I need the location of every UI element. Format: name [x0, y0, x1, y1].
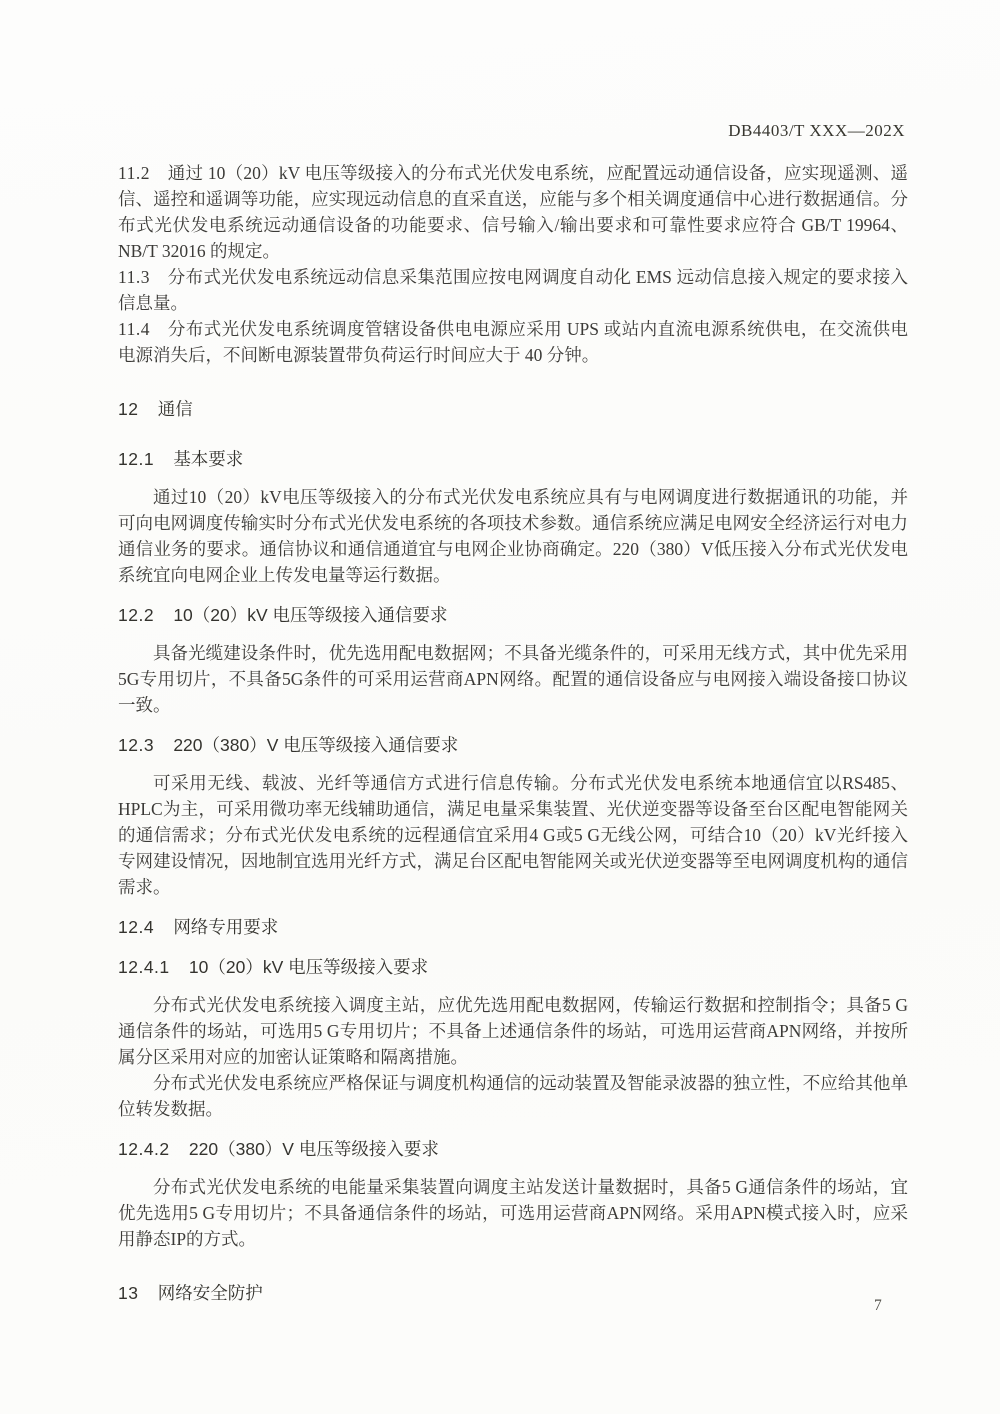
body-paragraph: 分布式光伏发电系统应严格保证与调度机构通信的远动装置及智能录波器的独立性，不应给…: [118, 1070, 908, 1122]
clause-number: 12.2: [118, 605, 154, 625]
section-heading: 12.4网络专用要求: [118, 914, 908, 940]
clause-paragraph: 11.3分布式光伏发电系统远动信息采集范围应按电网调度自动化 EMS 远动信息接…: [118, 264, 908, 316]
section-heading: 12.210（20）kV 电压等级接入通信要求: [118, 602, 908, 628]
section-heading: 12.4.110（20）kV 电压等级接入要求: [118, 954, 908, 980]
clause-number: 12.4.2: [118, 1139, 170, 1159]
paragraph-text: 分布式光伏发电系统的电能量采集装置向调度主站发送计量数据时，具备5 G通信条件的…: [118, 1177, 908, 1249]
section-heading: 12.1基本要求: [118, 446, 908, 472]
section-title: 网络专用要求: [173, 917, 278, 937]
clause-number: 11.4: [118, 319, 150, 339]
section-heading: 13网络安全防护: [118, 1280, 908, 1306]
paragraph-text: 分布式光伏发电系统接入调度主站，应优先选用配电数据网，传输运行数据和控制指令；具…: [118, 995, 908, 1067]
document-page: DB4403/T XXX—202X 11.2通过 10（20）kV 电压等级接入…: [0, 0, 1000, 1414]
paragraph-text: 通过 10（20）kV 电压等级接入的分布式光伏发电系统，应配置远动通信设备，应…: [118, 163, 908, 261]
clause-number: 12.1: [118, 449, 154, 469]
section-title: 网络安全防护: [158, 1283, 263, 1303]
section-heading: 12.4.2220（380）V 电压等级接入要求: [118, 1136, 908, 1162]
clause-paragraph: 11.4分布式光伏发电系统调度管辖设备供电电源应采用 UPS 或站内直流电源系统…: [118, 316, 908, 368]
paragraph-text: 分布式光伏发电系统应严格保证与调度机构通信的远动装置及智能录波器的独立性，不应给…: [118, 1073, 908, 1119]
section-heading: 12通信: [118, 396, 908, 422]
page-number: 7: [874, 1293, 882, 1319]
body-paragraph: 分布式光伏发电系统的电能量采集装置向调度主站发送计量数据时，具备5 G通信条件的…: [118, 1174, 908, 1252]
paragraph-text: 分布式光伏发电系统调度管辖设备供电电源应采用 UPS 或站内直流电源系统供电，在…: [118, 319, 908, 365]
section-title: 220（380）V 电压等级接入通信要求: [173, 735, 458, 755]
clause-number: 12.4.1: [118, 957, 170, 977]
paragraph-text: 通过10（20）kV电压等级接入的分布式光伏发电系统应具有与电网调度进行数据通讯…: [118, 487, 908, 585]
paragraph-text: 分布式光伏发电系统远动信息采集范围应按电网调度自动化 EMS 远动信息接入规定的…: [118, 267, 908, 313]
body-paragraph: 可采用无线、载波、光纤等通信方式进行信息传输。分布式光伏发电系统本地通信宜以RS…: [118, 770, 908, 900]
section-title: 基本要求: [173, 449, 243, 469]
section-heading: 12.3220（380）V 电压等级接入通信要求: [118, 732, 908, 758]
section-title: 220（380）V 电压等级接入要求: [189, 1139, 439, 1159]
paragraph-text: 具备光缆建设条件时，优先选用配电数据网；不具备光缆条件的，可采用无线方式，其中优…: [118, 643, 908, 715]
clause-number: 12: [118, 399, 138, 419]
clause-number: 12.4: [118, 917, 154, 937]
body-paragraph: 分布式光伏发电系统接入调度主站，应优先选用配电数据网，传输运行数据和控制指令；具…: [118, 992, 908, 1070]
paragraph-text: 可采用无线、载波、光纤等通信方式进行信息传输。分布式光伏发电系统本地通信宜以RS…: [118, 773, 908, 897]
document-body: 11.2通过 10（20）kV 电压等级接入的分布式光伏发电系统，应配置远动通信…: [118, 160, 908, 1330]
clause-number: 11.3: [118, 267, 150, 287]
section-title: 10（20）kV 电压等级接入通信要求: [173, 605, 447, 625]
body-paragraph: 具备光缆建设条件时，优先选用配电数据网；不具备光缆条件的，可采用无线方式，其中优…: [118, 640, 908, 718]
clause-number: 13: [118, 1283, 138, 1303]
clause-number: 12.3: [118, 735, 154, 755]
clause-number: 11.2: [118, 163, 150, 183]
section-title: 通信: [158, 399, 193, 419]
doc-standard-number: DB4403/T XXX—202X: [728, 118, 905, 144]
section-title: 10（20）kV 电压等级接入要求: [189, 957, 428, 977]
clause-paragraph: 11.2通过 10（20）kV 电压等级接入的分布式光伏发电系统，应配置远动通信…: [118, 160, 908, 264]
body-paragraph: 通过10（20）kV电压等级接入的分布式光伏发电系统应具有与电网调度进行数据通讯…: [118, 484, 908, 588]
